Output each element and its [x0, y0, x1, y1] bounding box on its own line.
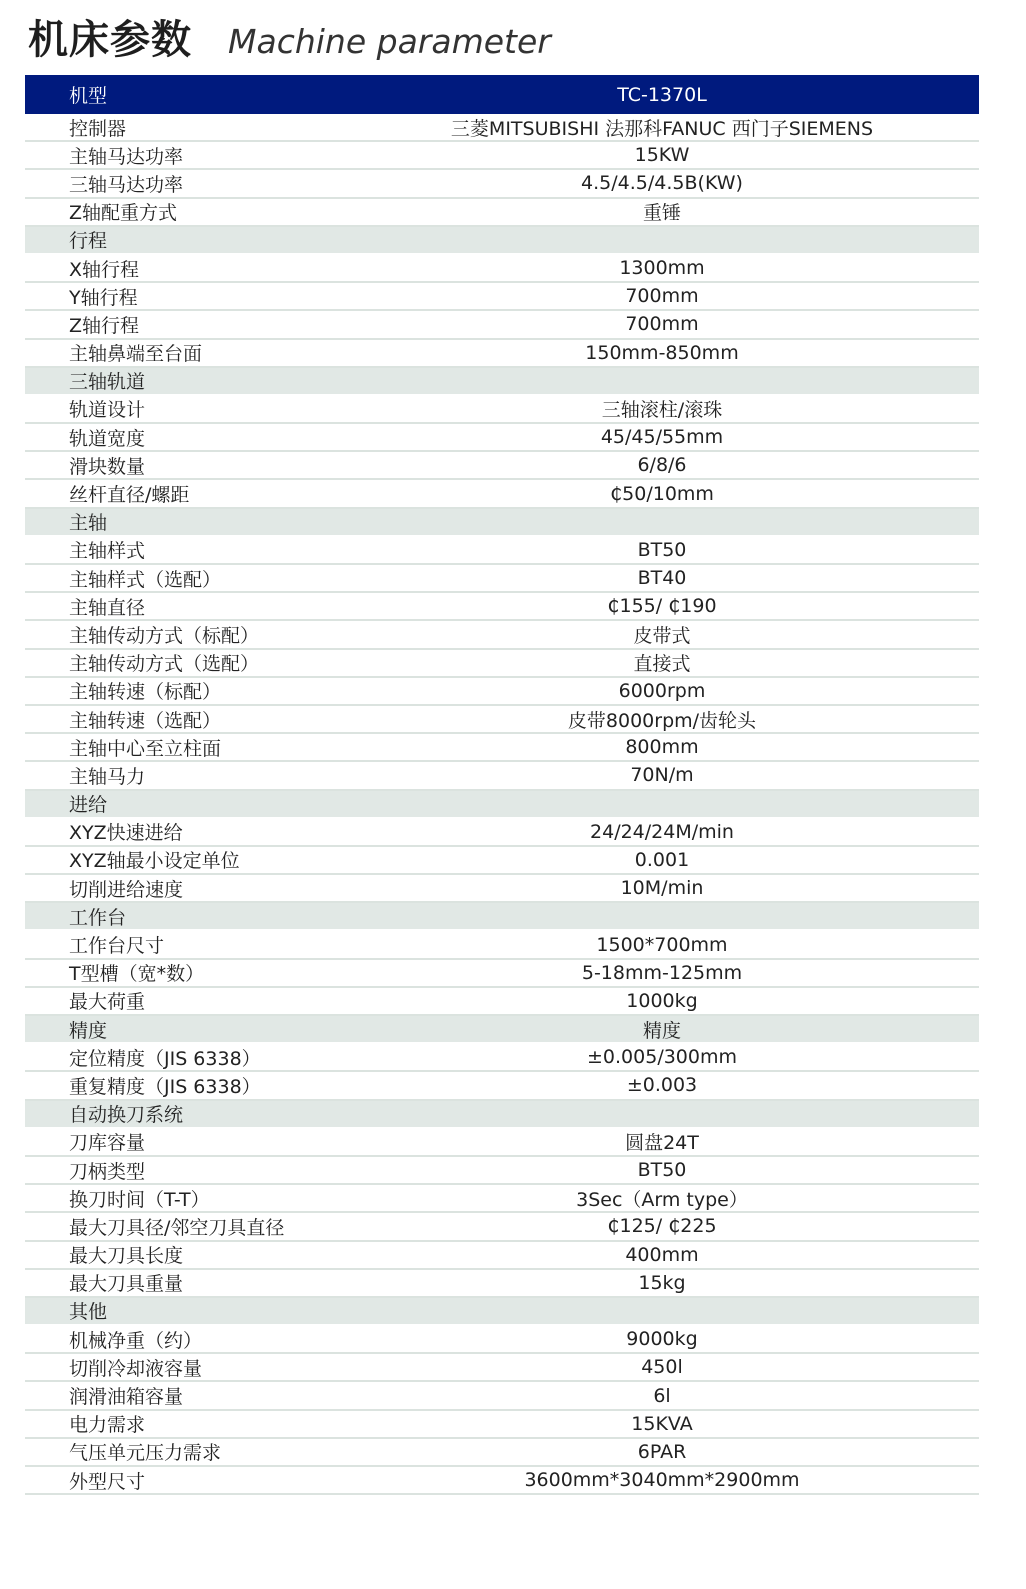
table-row: Y轴行程700mm	[25, 283, 979, 311]
spec-label: XYZ轴最小设定单位	[25, 846, 369, 873]
table-row: 主轴传动方式（选配）直接式	[25, 650, 979, 678]
spec-label: Z轴行程	[25, 311, 369, 338]
spec-label: 重复精度（JIS 6338）	[25, 1072, 369, 1099]
section-row: 自动换刀系统	[25, 1101, 979, 1129]
spec-label: 气压单元压力需求	[25, 1438, 369, 1465]
table-row: 气压单元压力需求6PAR	[25, 1439, 979, 1467]
spec-label: 三轴马达功率	[25, 170, 369, 197]
spec-label: 最大刀具重量	[25, 1269, 369, 1296]
section-title: 主轴	[25, 508, 369, 535]
section-title: 自动换刀系统	[25, 1100, 369, 1127]
spec-label: 主轴传动方式（选配）	[25, 649, 369, 676]
table-row: 主轴直径₵155/ ₵190	[25, 593, 979, 621]
table-row: 主轴样式（选配）BT40	[25, 565, 979, 593]
section-title: 其他	[25, 1297, 369, 1324]
spec-label: 刀柄类型	[25, 1157, 369, 1184]
spec-table: 机型 TC-1370L 控制器三菱MITSUBISHI 法那科FANUC 西门子…	[25, 75, 979, 1495]
spec-label: 丝杆直径/螺距	[25, 480, 369, 507]
title-english: Machine parameter	[228, 22, 551, 61]
table-row: 刀库容量圆盘24T	[25, 1129, 979, 1157]
spec-label: 主轴转速（选配）	[25, 706, 369, 733]
spec-label: 润滑油箱容量	[25, 1382, 369, 1409]
section-row: 工作台	[25, 903, 979, 931]
table-row: 主轴马达功率15KW	[25, 142, 979, 170]
spec-label: 主轴直径	[25, 593, 369, 620]
section-row: 行程	[25, 227, 979, 255]
page-title: 机床参数 Machine parameter	[28, 8, 551, 60]
table-row: 主轴马力70N/m	[25, 762, 979, 790]
table-row: 轨道设计三轴滚柱/滚珠	[25, 396, 979, 424]
table-row: 外型尺寸3600mm*3040mm*2900mm	[25, 1467, 979, 1495]
table-row: XYZ快速进给24/24/24M/min	[25, 819, 979, 847]
table-row: 最大荷重1000kg	[25, 988, 979, 1016]
spec-label: 主轴中心至立柱面	[25, 734, 369, 761]
table-row: 轨道宽度45/45/55mm	[25, 424, 979, 452]
section-title: 行程	[25, 226, 369, 253]
table-row: 最大刀具径/邻空刀具直径₵125/ ₵225	[25, 1213, 979, 1241]
section-row: 主轴	[25, 509, 979, 537]
table-body: 控制器三菱MITSUBISHI 法那科FANUC 西门子SIEMENS主轴马达功…	[25, 114, 979, 1495]
spec-label: 电力需求	[25, 1410, 369, 1437]
table-row: 刀柄类型BT50	[25, 1157, 979, 1185]
spec-label: 主轴马力	[25, 762, 369, 789]
spec-label: 最大荷重	[25, 987, 369, 1014]
spec-label: 刀库容量	[25, 1128, 369, 1155]
spec-label: 轨道设计	[25, 395, 369, 422]
table-row: 润滑油箱容量6l	[25, 1382, 979, 1410]
section-row: 精度精度	[25, 1016, 979, 1044]
spec-label: 主轴转速（标配）	[25, 677, 369, 704]
spec-label: 最大刀具径/邻空刀具直径	[25, 1213, 369, 1240]
table-header: 机型 TC-1370L	[25, 75, 979, 114]
table-row: 三轴马达功率4.5/4.5/4.5B(KW)	[25, 170, 979, 198]
spec-label: 主轴样式（选配）	[25, 565, 369, 592]
spec-label: T型槽（宽*数）	[25, 959, 369, 986]
spec-label: XYZ快速进给	[25, 818, 369, 845]
table-row: 工作台尺寸1500*700mm	[25, 931, 979, 959]
section-title: 三轴轨道	[25, 367, 369, 394]
spec-label: 主轴样式	[25, 536, 369, 563]
spec-label: Y轴行程	[25, 283, 369, 310]
table-row: 切削冷却液容量450l	[25, 1354, 979, 1382]
table-row: 主轴传动方式（标配）皮带式	[25, 621, 979, 649]
section-row: 进给	[25, 791, 979, 819]
table-row: 定位精度（JIS 6338）±0.005/300mm	[25, 1044, 979, 1072]
table-row: XYZ轴最小设定单位0.001	[25, 847, 979, 875]
spec-label: 换刀时间（T-T）	[25, 1185, 369, 1212]
table-row: 最大刀具长度400mm	[25, 1242, 979, 1270]
table-row: 最大刀具重量15kg	[25, 1270, 979, 1298]
section-row: 三轴轨道	[25, 368, 979, 396]
table-row: 主轴转速（标配）6000rpm	[25, 678, 979, 706]
table-row: 主轴鼻端至台面150mm-850mm	[25, 340, 979, 368]
table-row: Z轴配重方式重锤	[25, 199, 979, 227]
title-chinese: 机床参数	[28, 8, 192, 65]
spec-label: 机械净重（约）	[25, 1326, 369, 1353]
section-title: 进给	[25, 790, 369, 817]
header-label: 机型	[25, 81, 369, 108]
spec-label: 切削冷却液容量	[25, 1354, 369, 1381]
table-row: 滑块数量6/8/6	[25, 452, 979, 480]
spec-label: 控制器	[25, 114, 369, 141]
section-title: 精度	[25, 1016, 369, 1043]
table-row: 丝杆直径/螺距₵50/10mm	[25, 480, 979, 508]
table-row: T型槽（宽*数）5-18mm-125mm	[25, 960, 979, 988]
section-title: 工作台	[25, 903, 369, 930]
spec-label: X轴行程	[25, 255, 369, 282]
table-row: 主轴转速（选配）皮带8000rpm/齿轮头	[25, 706, 979, 734]
table-row: 主轴样式BT50	[25, 537, 979, 565]
spec-label: 主轴鼻端至台面	[25, 339, 369, 366]
spec-label: 外型尺寸	[25, 1467, 369, 1494]
spec-label: 切削进给速度	[25, 875, 369, 902]
spec-label: 定位精度（JIS 6338）	[25, 1044, 369, 1071]
table-row: 机械净重（约）9000kg	[25, 1326, 979, 1354]
table-row: 电力需求15KVA	[25, 1411, 979, 1439]
spec-label: 轨道宽度	[25, 424, 369, 451]
table-row: 重复精度（JIS 6338）±0.003	[25, 1072, 979, 1100]
spec-label: 主轴传动方式（标配）	[25, 621, 369, 648]
table-row: 换刀时间（T-T）3Sec（Arm type）	[25, 1185, 979, 1213]
table-row: 主轴中心至立柱面800mm	[25, 734, 979, 762]
spec-label: Z轴配重方式	[25, 198, 369, 225]
table-row: 切削进给速度10M/min	[25, 875, 979, 903]
spec-label: 工作台尺寸	[25, 931, 369, 958]
table-row: X轴行程1300mm	[25, 255, 979, 283]
table-row: 控制器三菱MITSUBISHI 法那科FANUC 西门子SIEMENS	[25, 114, 979, 142]
section-row: 其他	[25, 1298, 979, 1326]
spec-label: 滑块数量	[25, 452, 369, 479]
spec-label: 最大刀具长度	[25, 1241, 369, 1268]
table-row: Z轴行程700mm	[25, 311, 979, 339]
spec-label: 主轴马达功率	[25, 142, 369, 169]
